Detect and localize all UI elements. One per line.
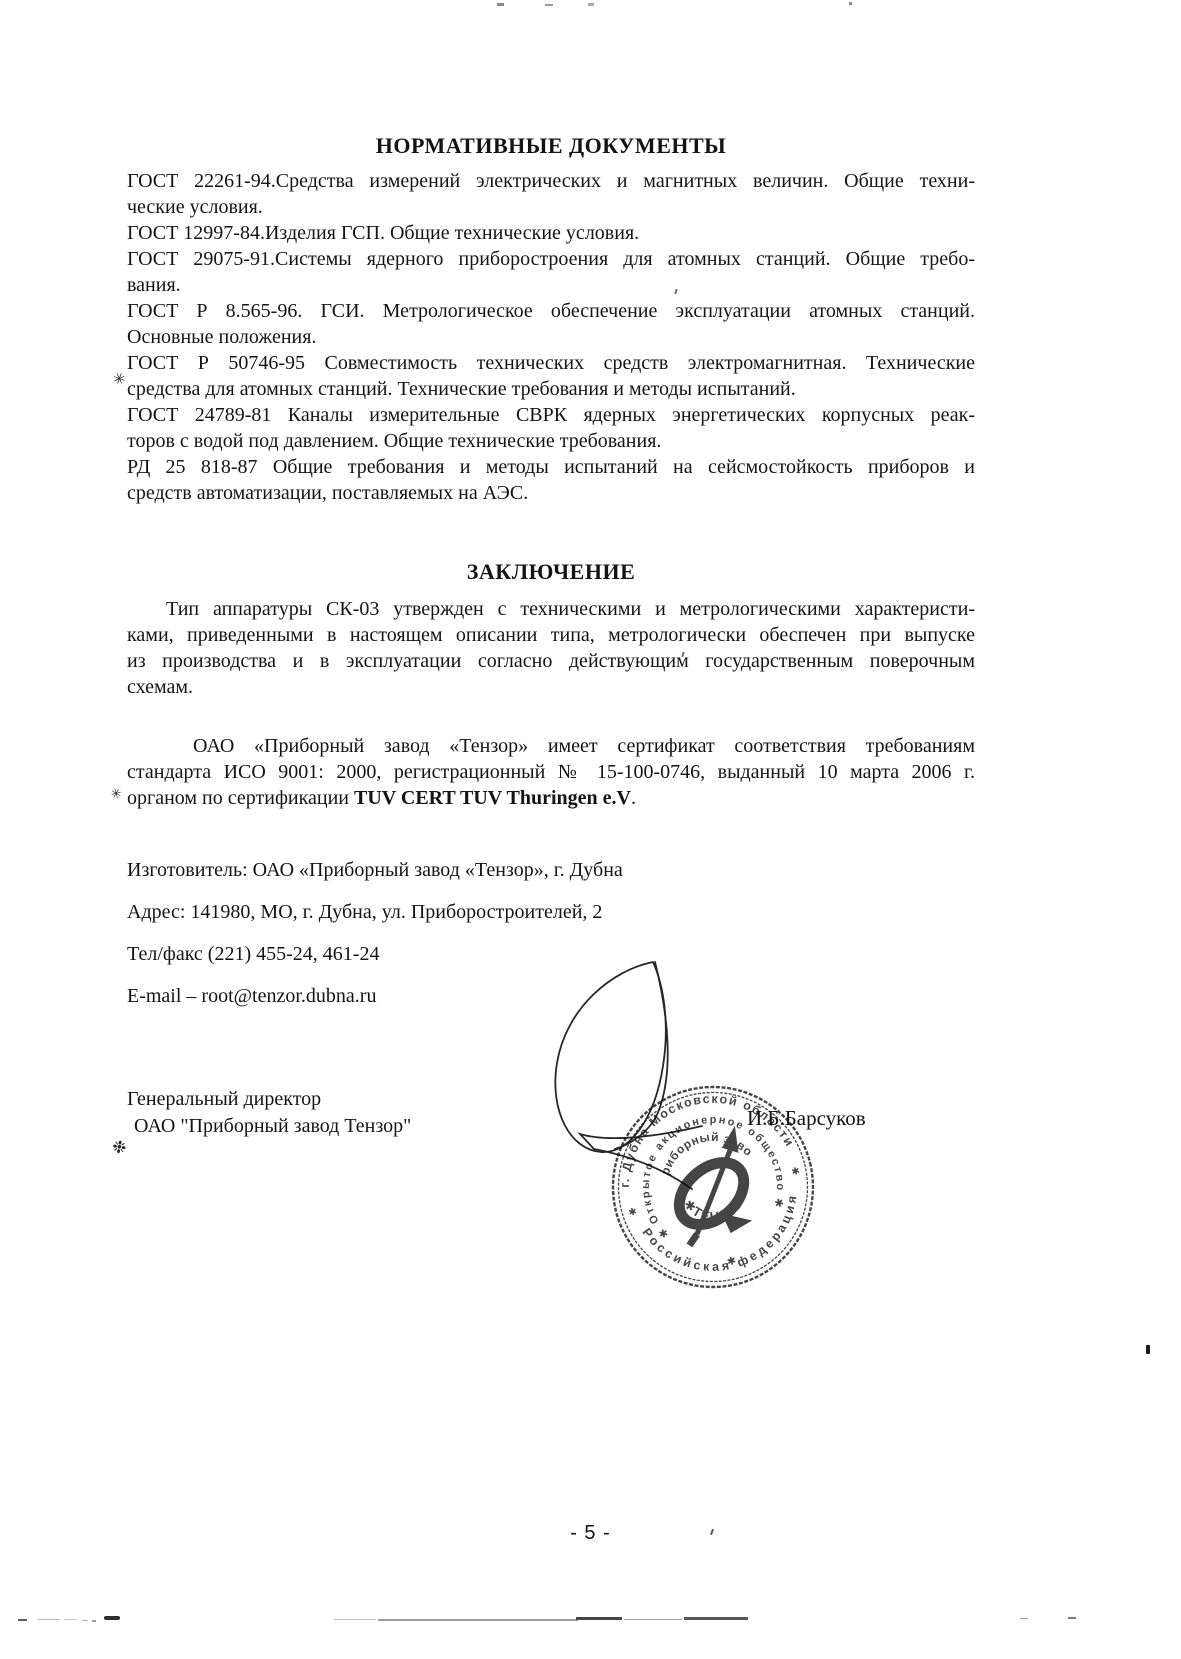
scan-artifact (497, 3, 504, 6)
page-number: - 5 - (0, 1522, 1181, 1545)
gost-line: вания. (127, 272, 975, 298)
gost-line: торов с водой под давлением. Общие техни… (127, 428, 975, 454)
scan-artifact (576, 1617, 622, 1620)
director-company-line: ОАО "Приборный завод Тензор" (134, 1113, 411, 1139)
email-line: E-mail – root@tenzor.dubna.ru (127, 984, 376, 1008)
conclusion-paragraph-1: Тип аппаратуры СК-03 утвержден с техниче… (127, 596, 975, 700)
svg-text:Российская федерация: Российская федерация (638, 1189, 814, 1292)
gost-line: ГОСТ Р 8.565-96. ГСИ. Метрологическое об… (127, 298, 975, 324)
scan-artifact (104, 1616, 120, 1620)
address-line: Адрес: 141980, МО, г. Дубна, ул. Приборо… (127, 900, 602, 924)
cert-org-name: TUV CERT TUV Thuringen e.V (354, 787, 631, 809)
document-page: НОРМАТИВНЫЕ ДОКУМЕНТЫ ГОСТ 22261-94.Сред… (0, 0, 1181, 1659)
gost-line: ГОСТ 24789-81 Каналы измерительные СВРК … (127, 402, 975, 428)
scan-artifact (1068, 1617, 1076, 1619)
gost-line: средства для атомных станций. Технически… (127, 376, 975, 402)
body-line: ками, приведенными в настоящем описании … (127, 622, 975, 648)
stamp-right-star: ✱ (790, 1166, 801, 1179)
scan-artifact (82, 1620, 88, 1621)
stamp-left-star: ✱ (627, 1206, 638, 1219)
director-title-line: Генеральный директор (127, 1086, 321, 1112)
body-line: схемам. (127, 674, 975, 700)
ink-blot: ✳ (109, 786, 123, 803)
scan-artifact (334, 1619, 376, 1620)
scan-artifact (545, 4, 553, 6)
signature (540, 945, 760, 1195)
ink-blot: ✳ (110, 368, 128, 389)
gost-line: ГОСТ 12997-84.Изделия ГСП. Общие техниче… (127, 220, 975, 246)
stamp-outer-bottom-text: Российская федерация (638, 1189, 814, 1292)
scan-artifact (849, 2, 852, 5)
manufacturer-line: Изготовитель: ОАО «Приборный завод «Тенз… (127, 858, 623, 882)
conclusion-title: ЗАКЛЮЧЕНИЕ (127, 559, 975, 585)
scan-artifact (64, 1619, 77, 1620)
ink-blot: ❉ (110, 1137, 128, 1159)
signer-name: И.Б.Барсуков (747, 1106, 866, 1131)
normative-title: НОРМАТИВНЫЕ ДОКУМЕНТЫ (127, 133, 975, 159)
normative-list: ГОСТ 22261-94.Средства измерений электри… (127, 168, 975, 506)
body-line: ОАО «Приборный завод «Тензор» имеет серт… (127, 733, 975, 759)
gost-line: ГОСТ 22261-94.Средства измерений электри… (127, 168, 975, 194)
scan-artifact (92, 1620, 96, 1622)
conclusion-paragraph-2: ОАО «Приборный завод «Тензор» имеет серт… (127, 733, 975, 811)
gost-line: РД 25 818-87 Общие требования и методы и… (127, 454, 975, 480)
scan-speck (1146, 1345, 1150, 1354)
cert-line-prefix: органом по сертификации (127, 787, 354, 809)
gost-line: Основные положения. (127, 324, 975, 350)
scan-artifact (624, 1619, 682, 1620)
cert-line-suffix: . (631, 787, 636, 809)
gost-line: ГОСТ 29075-91.Системы ядерного приборост… (127, 246, 975, 272)
gost-line: ческие условия. (127, 194, 975, 220)
signature-loop (555, 962, 665, 1152)
signature-descender (615, 962, 668, 1149)
scan-artifact (1020, 1618, 1028, 1619)
body-line: из производства и в эксплуатации согласн… (127, 648, 975, 674)
scan-artifact (38, 1619, 60, 1620)
scan-artifact (18, 1619, 27, 1621)
phone-line: Тел/факс (221) 455-24, 461-24 (127, 942, 379, 966)
gost-line: ГОСТ Р 50746-95 Совместимость технически… (127, 350, 975, 376)
body-line: органом по сертификации TUV CERT TUV Thu… (127, 785, 975, 811)
scan-artifact (378, 1619, 578, 1621)
scan-artifact (588, 3, 594, 6)
gost-line: средств автоматизации, поставляемых на А… (127, 480, 975, 506)
body-line: Тип аппаратуры СК-03 утвержден с техниче… (127, 596, 975, 622)
body-line: стандарта ИСО 9001: 2000, регистрационны… (127, 759, 975, 785)
scan-artifact (684, 1617, 748, 1620)
